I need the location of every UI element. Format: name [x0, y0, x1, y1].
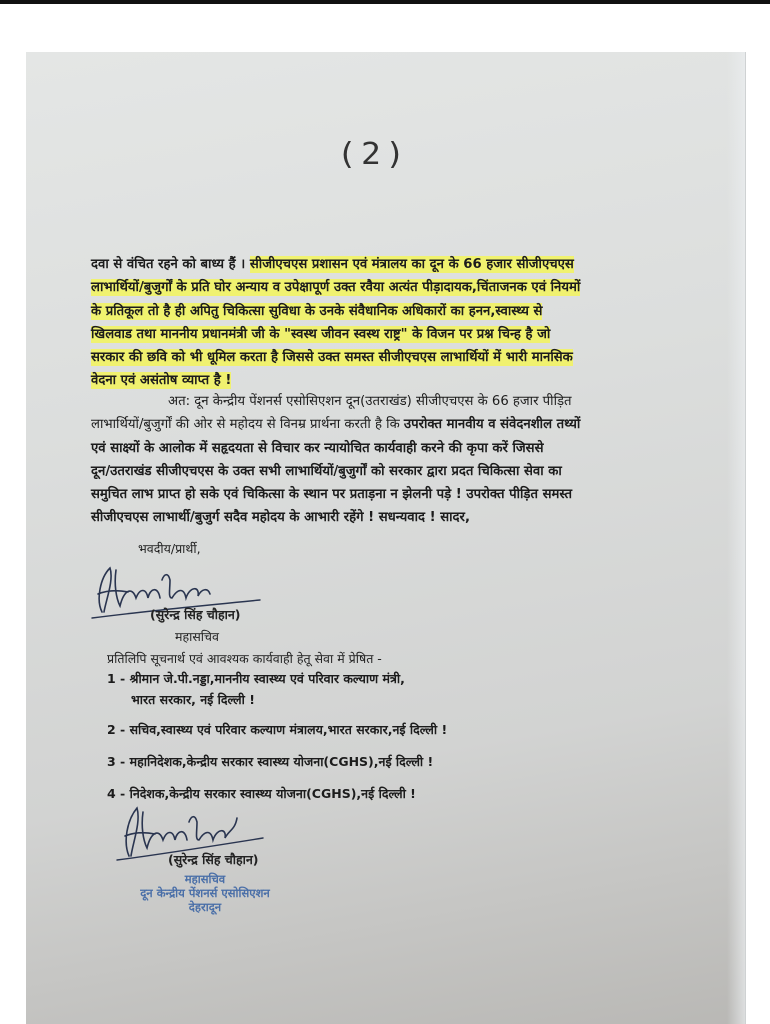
page-number: (2)	[337, 137, 410, 172]
stamp-city: देहरादून	[110, 900, 300, 914]
paragraph-line: लाभार्थियों/बुजुर्गों के प्रति घोर अन्या…	[91, 276, 701, 299]
stamp-title: महासचिव	[110, 872, 300, 886]
paragraph-line: लाभार्थियों/बुजुर्गों की ओर से महोदय से …	[91, 413, 701, 436]
signatory-name-repeat: (सुरेन्द्र सिंह चौहान)	[168, 851, 259, 868]
paragraph-line: दून/उतराखंड सीजीएचएस के उक्त सभी लाभार्थ…	[91, 460, 701, 483]
copy-to-item-continuation: भारत सरकार, नई दिल्ली !	[131, 691, 255, 708]
copy-to-item: 1 - श्रीमान जे.पी.नड्डा,माननीय स्वास्थ्य…	[107, 670, 405, 687]
highlighted-text: सरकार की छवि को भी धूमिल करता है जिससे उ…	[91, 349, 573, 366]
highlighted-text: के प्रतिकूल तो है ही अपितु चिकित्सा सुवि…	[91, 303, 542, 320]
copy-to-item: 3 - महानिदेशक,केन्द्रीय सरकार स्वास्थ्य …	[107, 753, 433, 770]
copy-to-intro: प्रतिलिपि सूचनार्थ एवं आवश्यक कार्यवाही …	[107, 650, 382, 667]
highlighted-text: वेदना एवं असंतोष व्याप्त है !	[91, 372, 231, 389]
paragraph-line: के प्रतिकूल तो है ही अपितु चिकित्सा सुवि…	[91, 300, 701, 323]
highlighted-text: सीजीएचएस प्रशासन एवं मंत्रालय का दून के …	[250, 256, 574, 273]
signatory-title: महासचिव	[175, 628, 219, 645]
official-stamp: महासचिव दून केन्द्रीय पेंशनर्स एसोसिएशन …	[110, 872, 300, 914]
paragraph-line: एवं साक्ष्यों के आलोक में सहृदयता से विच…	[91, 437, 701, 460]
paragraph-line: खिलवाड तथा माननीय प्रधानमंत्री जी के "स्…	[91, 323, 701, 346]
paragraph-line: समुचित लाभ प्राप्त हो सके एवं चिकित्सा क…	[91, 483, 701, 506]
paragraph-highlighted: दवा से वंचित रहने को बाध्य हैं । सीजीएचए…	[91, 253, 701, 393]
paragraph-line: अत: दून केन्द्रीय पेंशनर्स एसोसिएशन दून(…	[91, 390, 701, 413]
paragraph-line: दवा से वंचित रहने को बाध्य हैं । सीजीएचए…	[91, 253, 701, 276]
stamp-organization: दून केन्द्रीय पेंशनर्स एसोसिएशन	[110, 886, 300, 900]
top-border	[0, 0, 770, 4]
paragraph-line: सीजीएचएस लाभार्थी/बुजुर्ग सदैव महोदय के …	[91, 506, 701, 529]
paragraph-line: सरकार की छवि को भी धूमिल करता है जिससे उ…	[91, 346, 701, 369]
signatory-name: (सुरेन्द्र सिंह चौहान)	[150, 606, 241, 623]
paragraph-request: अत: दून केन्द्रीय पेंशनर्स एसोसिएशन दून(…	[91, 390, 701, 530]
copy-to-item: 2 - सचिव,स्वास्थ्य एवं परिवार कल्याण मंत…	[107, 721, 447, 738]
closing-salutation: भवदीय/प्रार्थी,	[138, 540, 201, 557]
highlighted-text: खिलवाड तथा माननीय प्रधानमंत्री जी के "स्…	[91, 326, 550, 343]
highlighted-text: लाभार्थियों/बुजुर्गों के प्रति घोर अन्या…	[91, 279, 580, 296]
